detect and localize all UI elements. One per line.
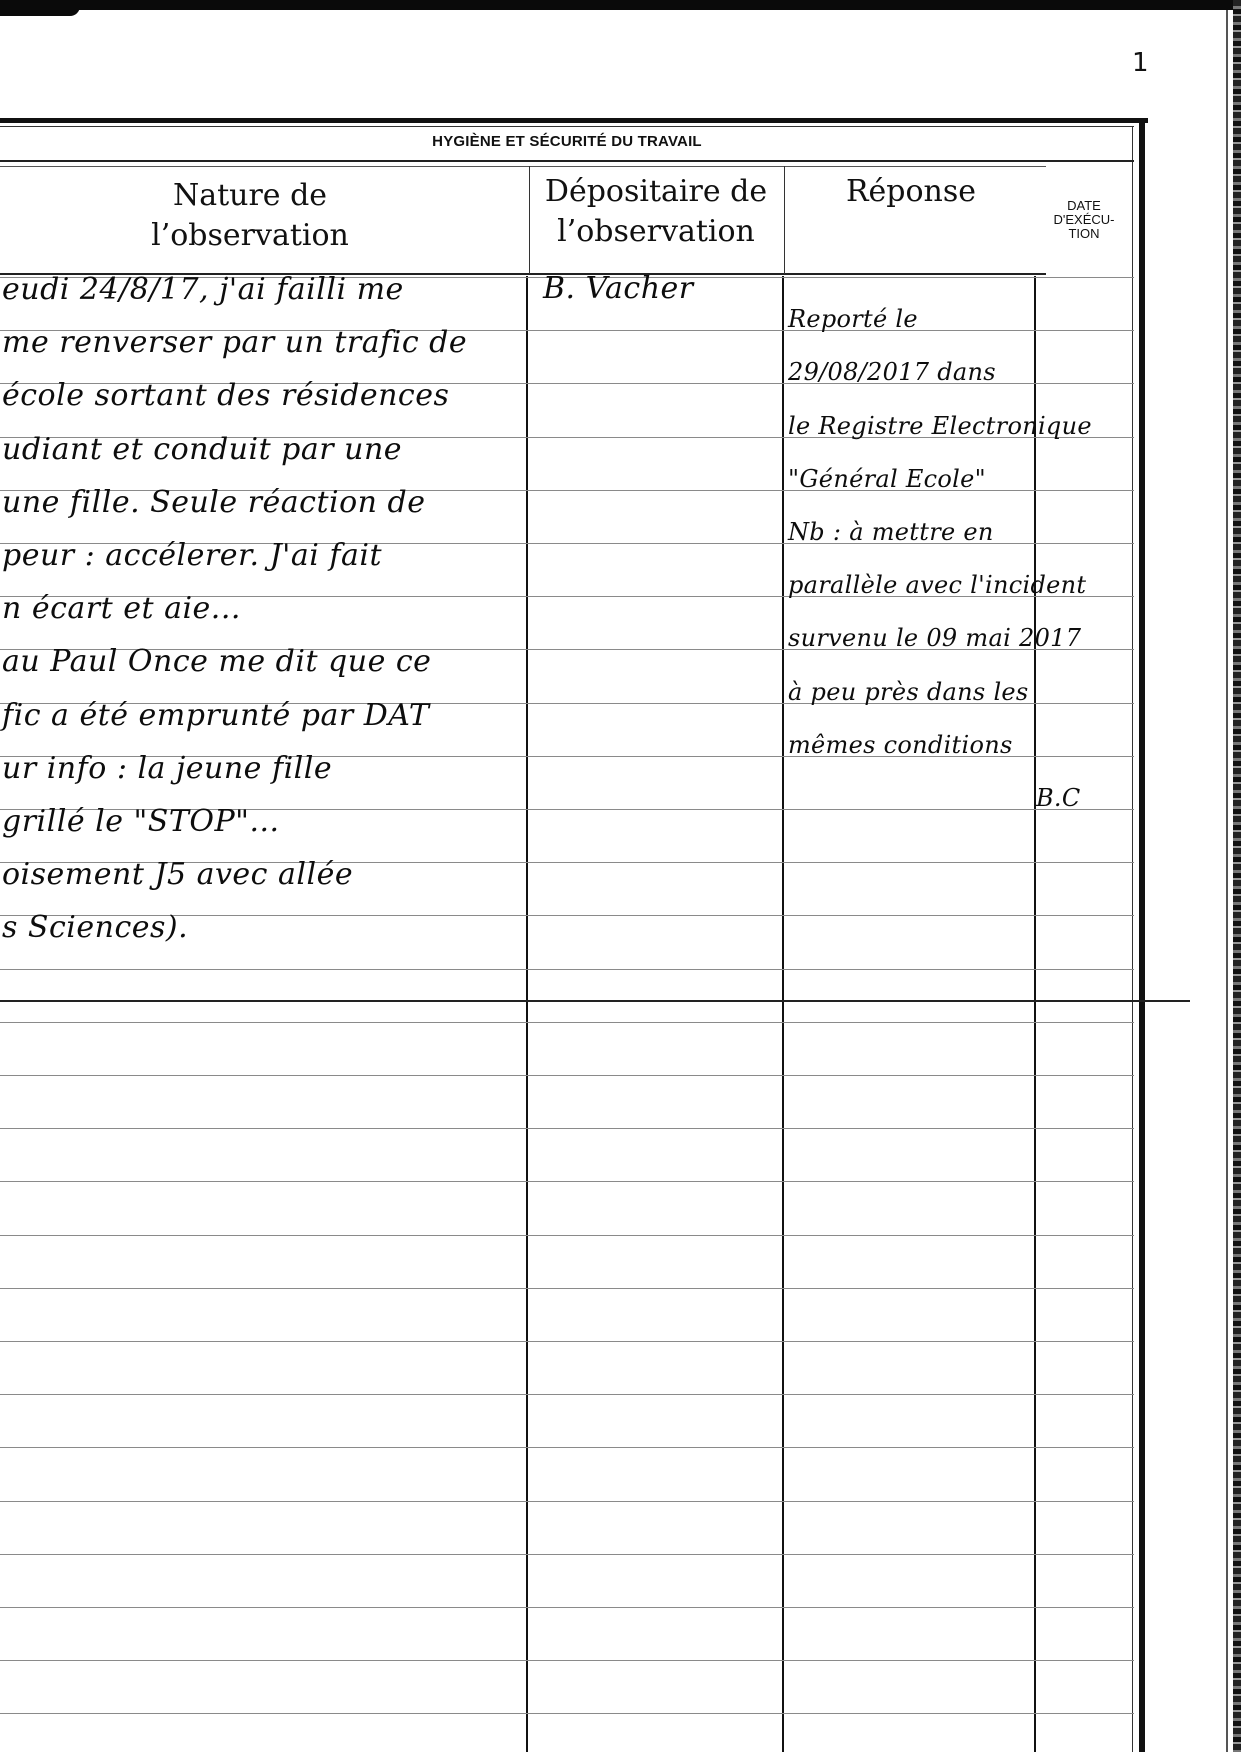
header-rule-top [0,160,1134,162]
column-header-nature: Nature de l’observation [40,176,460,256]
column-divider-depositaire [526,276,528,1752]
header-divider-1 [529,166,530,274]
reponse-line: parallèle avec l'incident [788,568,1086,602]
reponse-line: le Registre Electronique [788,409,1092,443]
reponse-line: Nb : à mettre en [788,515,994,549]
reponse-line: à peu près dans les [788,675,1029,709]
ruled-line [0,1075,1134,1076]
column-header-depositaire-line1: Dépositaire de [530,172,782,212]
column-header-date-line2: D'EXÉCU- [1036,213,1132,227]
scan-edge-right-line [1226,10,1228,1752]
observation-line: fic a été emprunté par DAT [2,699,429,733]
depositaire-name: B. Vacher [543,272,694,306]
form-frame-top [0,118,1148,123]
column-header-date-line1: DATE [1036,199,1132,213]
ruled-line [0,1341,1134,1342]
observation-line: udiant et conduit par une [2,433,402,467]
scan-edge-top [0,0,1241,10]
observation-line: école sortant des résidences [2,379,449,413]
ruled-line [0,1660,1134,1661]
column-header-date-line3: TION [1036,227,1132,241]
ruled-line [0,1128,1134,1129]
ruled-line [0,1022,1134,1023]
ruled-line [0,1181,1134,1182]
scan-edge-right [1233,0,1241,1752]
column-header-reponse: Réponse [786,172,1036,212]
section-title: HYGIÈNE ET SÉCURITÉ DU TRAVAIL [0,133,1134,150]
ruled-line [0,1607,1134,1608]
reponse-signature: B.C [1036,781,1081,815]
column-header-date-execution: DATE D'EXÉCU- TION [1036,199,1132,241]
column-header-reponse-line1: Réponse [786,172,1036,212]
ruled-line [0,1288,1134,1289]
form-frame-right-inner [1132,126,1133,1752]
page-number: 1 [1132,48,1149,78]
ruled-line [0,1713,1134,1714]
reponse-line: mêmes conditions [788,728,1013,762]
column-divider-date [1034,276,1036,1752]
observation-line: peur : accélerer. J'ai fait [2,539,382,573]
observation-line: n écart et aie... [2,592,241,626]
form-frame-right [1139,118,1145,1752]
observation-line: s Sciences). [2,911,188,945]
column-header-nature-line2: l’observation [40,216,460,256]
observation-line: me renverser par un trafic de [2,326,467,360]
ruled-line [0,1554,1134,1555]
observation-line: grillé le "STOP"... [2,805,280,839]
ruled-line [0,1501,1134,1502]
ruled-line [0,1447,1134,1448]
column-header-nature-line1: Nature de [40,176,460,216]
column-header-depositaire-line2: l’observation [530,212,782,252]
form-frame-top-inner [0,126,1134,127]
ruled-line [0,1235,1134,1236]
header-divider-2 [784,166,785,274]
observation-line: oisement J5 avec allée [2,858,353,892]
entry-separator-line [0,1000,1190,1002]
observation-line: au Paul Once me dit que ce [2,645,431,679]
column-divider-reponse [782,276,784,1752]
observation-line: une fille. Seule réaction de [2,486,425,520]
reponse-line: Reporté le [788,302,918,336]
reponse-line: survenu le 09 mai 2017 [788,621,1081,655]
ruled-line [0,969,1134,970]
ruled-line [0,1394,1134,1395]
reponse-line: 29/08/2017 dans [788,355,996,389]
column-header-depositaire: Dépositaire de l’observation [530,172,782,252]
header-rule-top-inner [0,166,1046,167]
observation-line: eudi 24/8/17, j'ai failli me [2,273,404,307]
reponse-line: "Général Ecole" [788,462,986,496]
observation-line: ur info : la jeune fille [2,752,332,786]
